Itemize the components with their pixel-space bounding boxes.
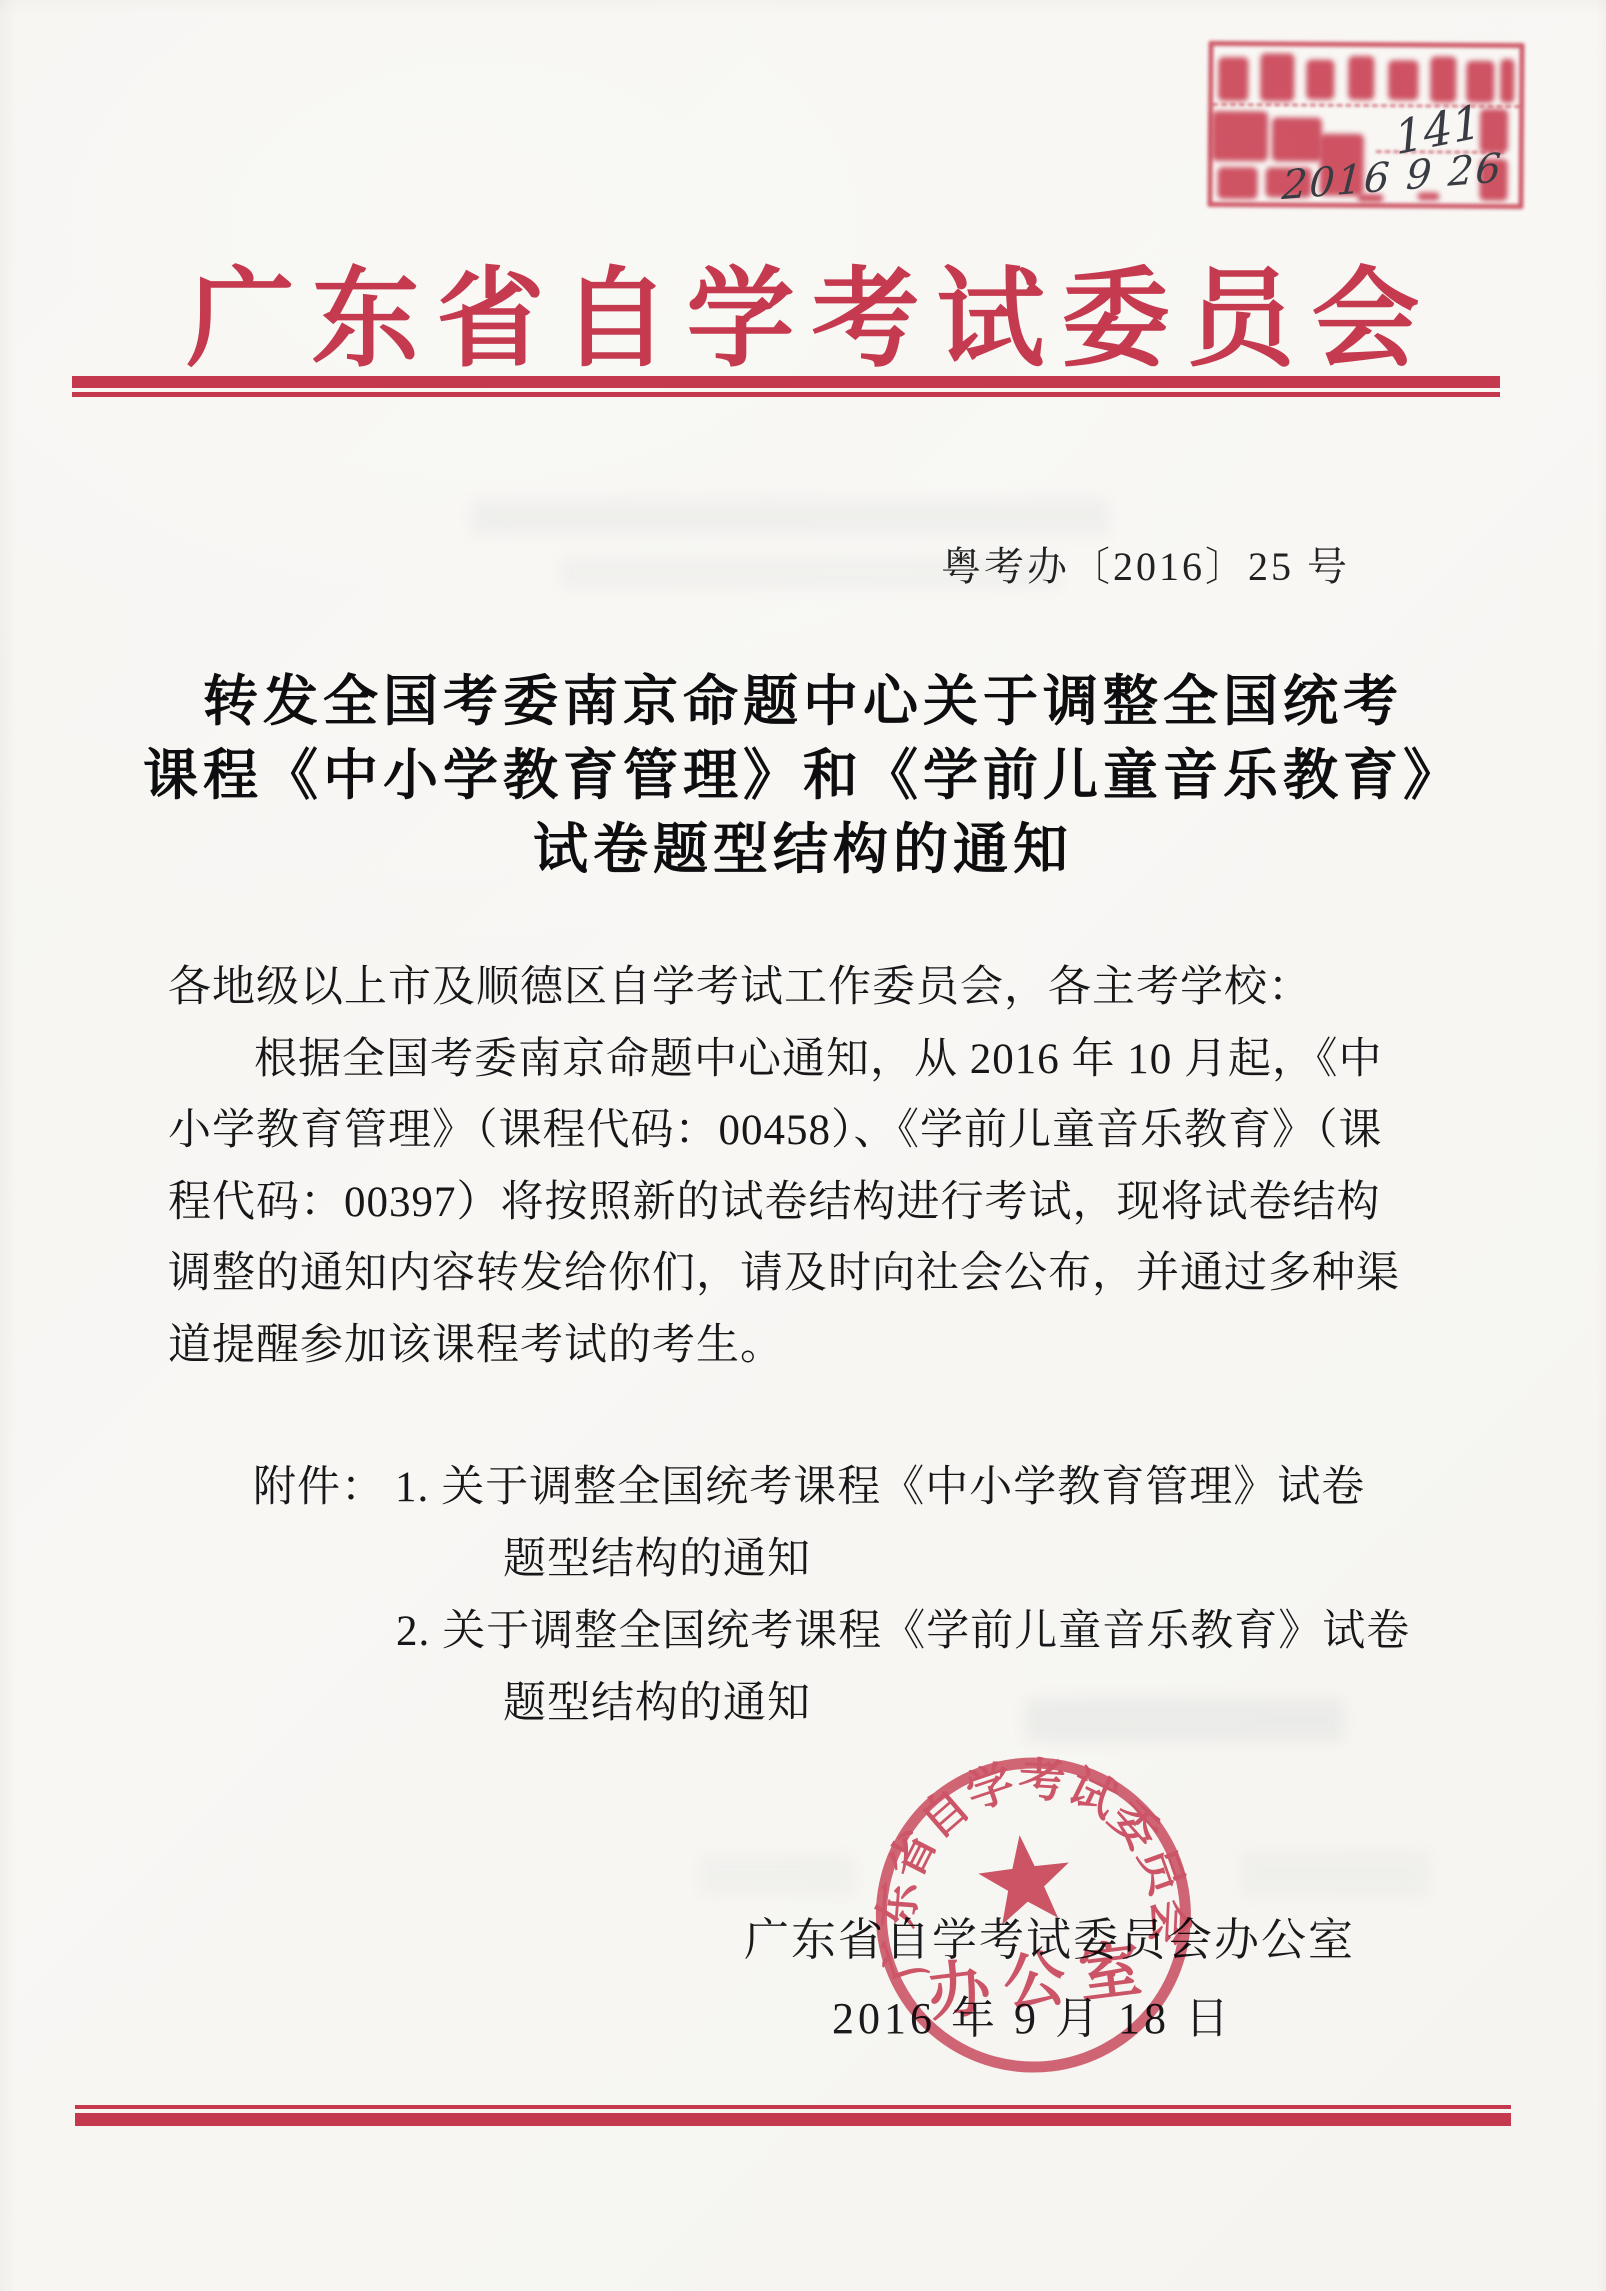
attachment-text-wrap: 题型结构的通知 [503, 1524, 1410, 1596]
title-line-3: 试卷题型结构的通知 [0, 812, 1606, 886]
document-title: 转发全国考委南京命题中心关于调整全国统考 课程《中小学教育管理》和《学前儿童音乐… [0, 664, 1606, 886]
attachments-list: 附件：1.关于调整全国统考课程《中小学教育管理》试卷 题型结构的通知 2.关于调… [253, 1452, 1410, 1740]
body-text: 各地级以上市及顺德区自学考试工作委员会，各主考学校： 根据全国考委南京命题中心通… [168, 952, 1446, 1381]
body-line: 调整的通知内容转发给你们，请及时向社会公布，并通过多种渠 [168, 1238, 1446, 1310]
attachment-number: 1. [395, 1452, 429, 1524]
title-line-1: 转发全国考委南京命题中心关于调整全国统考 [0, 664, 1606, 738]
attachment-number: 2. [396, 1596, 430, 1668]
footer-rule-thick [75, 2113, 1511, 2126]
title-line-2: 课程《中小学教育管理》和《学前儿童音乐教育》 [0, 738, 1606, 812]
body-line: 小学教育管理》（课程代码：00458）、《学前儿童音乐教育》（课 [168, 1095, 1446, 1167]
seal-center-text: 办公室 [924, 1933, 1159, 2029]
attachment-text: 关于调整全国统考课程《中小学教育管理》试卷 [441, 1464, 1365, 1511]
bleed-through-smudge [700, 1855, 855, 1895]
attachment-text-wrap: 题型结构的通知 [503, 1668, 1410, 1740]
scanned-document-page: 141 2016 9 26 广东省自学考试委员会 粤考办〔2016〕25 号 转… [0, 0, 1606, 2291]
attachment-item-1: 附件：1.关于调整全国统考课程《中小学教育管理》试卷 [253, 1452, 1410, 1524]
document-number: 粤考办〔2016〕25 号 [941, 535, 1350, 592]
seal-star-icon [974, 1830, 1075, 1927]
body-line: 程代码：00397）将按照新的试卷结构进行考试，现将试卷结构 [168, 1167, 1446, 1239]
attachment-text: 关于调整全国统考课程《学前儿童音乐教育》试卷 [442, 1608, 1410, 1655]
bleed-through-smudge [470, 498, 1110, 536]
salutation: 各地级以上市及顺德区自学考试工作委员会，各主考学校： [168, 952, 1446, 1024]
attachment-item-2: 2.关于调整全国统考课程《学前儿童音乐教育》试卷 [396, 1596, 1410, 1668]
footer-rule-thin [75, 2105, 1511, 2109]
body-line: 根据全国考委南京命题中心通知，从 2016 年 10 月起，《中 [168, 1024, 1446, 1096]
attachments-label: 附件： [253, 1452, 395, 1524]
bleed-through-smudge [1240, 1850, 1430, 1898]
letterhead-rule-thick [72, 376, 1500, 388]
intake-stamp: 141 2016 9 26 [1207, 41, 1524, 209]
official-seal: 广东省自学考试委员会 办公室 [845, 1731, 1224, 2110]
letterhead-rule-thin [72, 392, 1500, 397]
body-line: 道提醒参加该课程考试的考生。 [168, 1310, 1446, 1382]
letterhead-org-name: 广东省自学考试委员会 [0, 232, 1606, 387]
